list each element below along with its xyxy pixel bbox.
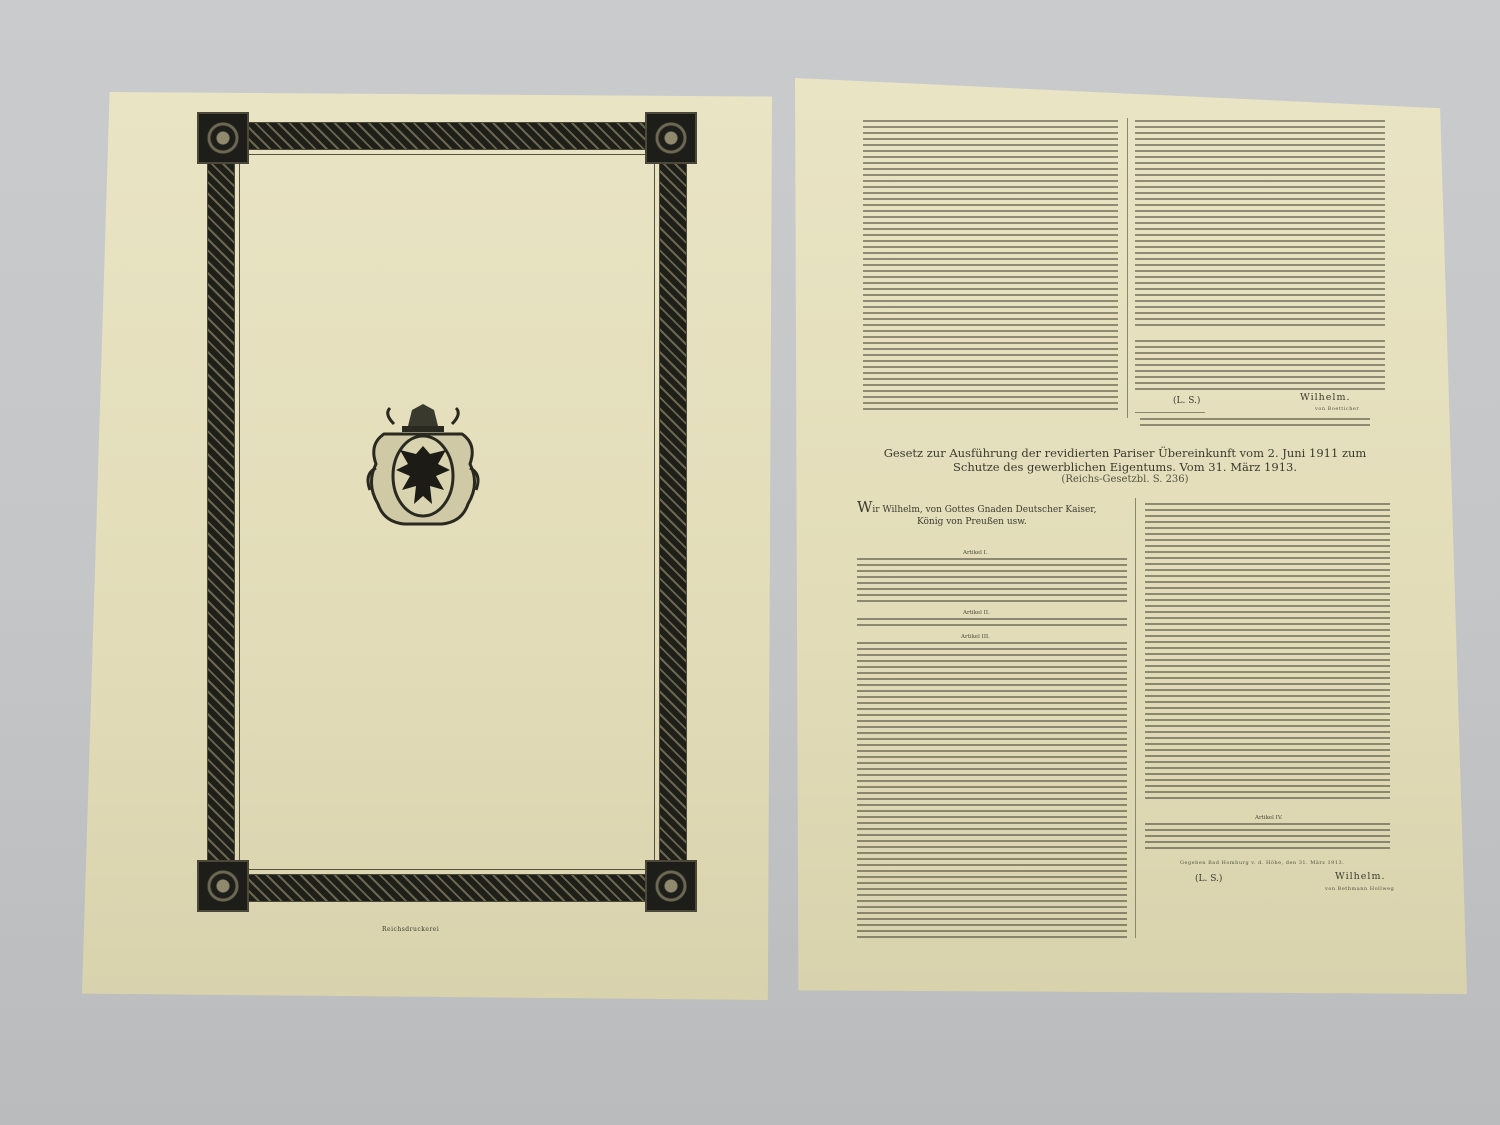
border-top — [207, 122, 687, 150]
cover-sheet: Reichsdruckerei — [82, 92, 772, 1000]
corner-rosette-icon — [645, 112, 697, 164]
article-3-text — [857, 642, 1127, 942]
seal-mark: (L. S.) — [1173, 396, 1200, 406]
article-4-text — [1145, 823, 1390, 849]
preamble: Wir Wilhelm, von Gottes Gnaden Deutscher… — [857, 501, 1127, 528]
body-text-closing — [1135, 340, 1385, 390]
article-1-text — [857, 558, 1127, 606]
column-rule — [1127, 118, 1128, 418]
place-date: Gegeben Bad Homburg v. d. Höhe, den 31. … — [1180, 860, 1344, 866]
law-reference: (Reichs-Gesetzbl. S. 236) — [865, 474, 1385, 485]
corner-rosette-icon — [197, 860, 249, 912]
article-heading: Artikel I. — [963, 550, 988, 556]
footnotes — [1140, 418, 1370, 426]
border-bottom — [207, 874, 687, 902]
article-2-text — [857, 618, 1127, 630]
corner-rosette-icon — [645, 860, 697, 912]
right-column-text — [1145, 503, 1390, 803]
law-text-sheet: (L. S.) Wilhelm. von Boetticher Gesetz z… — [795, 78, 1467, 994]
printer-mark: Reichsdruckerei — [382, 926, 439, 933]
footnote-rule — [1135, 412, 1205, 413]
article-heading: Artikel II. — [963, 610, 990, 616]
seal-mark: (L. S.) — [1195, 874, 1222, 884]
imperial-eagle-coat-of-arms-icon — [364, 404, 482, 532]
border-right — [659, 122, 687, 902]
article-heading: Artikel IV. — [1255, 815, 1283, 821]
drop-initial: W — [857, 498, 872, 516]
border-left — [207, 122, 235, 902]
article-heading: Artikel III. — [961, 634, 990, 640]
body-text-column-right — [1135, 120, 1385, 328]
law-title: Gesetz zur Ausführung der revidierten Pa… — [865, 446, 1385, 474]
countersignature: von Boetticher — [1315, 406, 1359, 412]
countersignature: von Bethmann Hollweg — [1325, 886, 1394, 892]
signature-name: Wilhelm. — [1335, 871, 1385, 882]
column-rule — [1135, 498, 1136, 938]
corner-rosette-icon — [197, 112, 249, 164]
body-text-column-left — [863, 120, 1118, 410]
signature-name: Wilhelm. — [1300, 392, 1350, 403]
